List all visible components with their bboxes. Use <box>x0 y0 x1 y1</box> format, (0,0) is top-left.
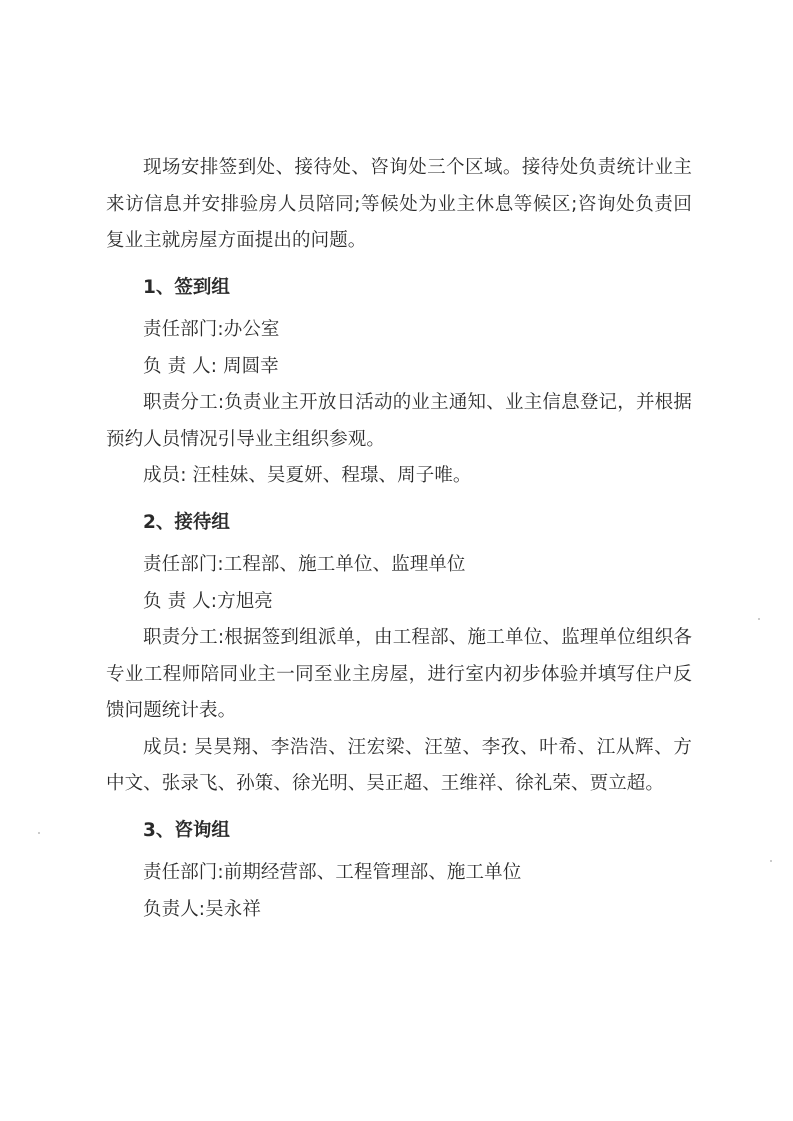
signin-duties: 职责分工:负责业主开放日活动的业主通知、业主信息登记，并根据预约人员情况引导业主… <box>106 385 692 458</box>
document-page: 现场安排签到处、接待处、咨询处三个区域。接待处负责统计业主来访信息并安排验房人员… <box>106 150 692 928</box>
section-heading-signin: 1、签到组 <box>106 270 692 307</box>
scan-speck <box>38 832 40 834</box>
signin-members: 成员: 汪桂妹、吴夏妍、程璟、周子唯。 <box>106 458 692 495</box>
scan-speck <box>770 860 772 862</box>
intro-paragraph: 现场安排签到处、接待处、咨询处三个区域。接待处负责统计业主来访信息并安排验房人员… <box>106 150 692 260</box>
reception-members: 成员: 吴昊翔、李浩浩、汪宏梁、汪堃、李孜、叶希、江从辉、方中文、张录飞、孙策、… <box>106 730 692 803</box>
section-heading-reception: 2、接待组 <box>106 505 692 542</box>
scan-speck <box>758 618 760 620</box>
reception-leader: 负 责 人:方旭亮 <box>106 584 692 621</box>
consulting-department: 责任部门:前期经营部、工程管理部、施工单位 <box>106 855 692 892</box>
section-heading-consulting: 3、咨询组 <box>106 813 692 850</box>
consulting-leader: 负责人:吴永祥 <box>106 892 692 929</box>
reception-department: 责任部门:工程部、施工单位、监理单位 <box>106 547 692 584</box>
reception-duties: 职责分工:根据签到组派单，由工程部、施工单位、监理单位组织各专业工程师陪同业主一… <box>106 620 692 730</box>
signin-leader: 负 责 人: 周圆幸 <box>106 349 692 386</box>
signin-department: 责任部门:办公室 <box>106 312 692 349</box>
